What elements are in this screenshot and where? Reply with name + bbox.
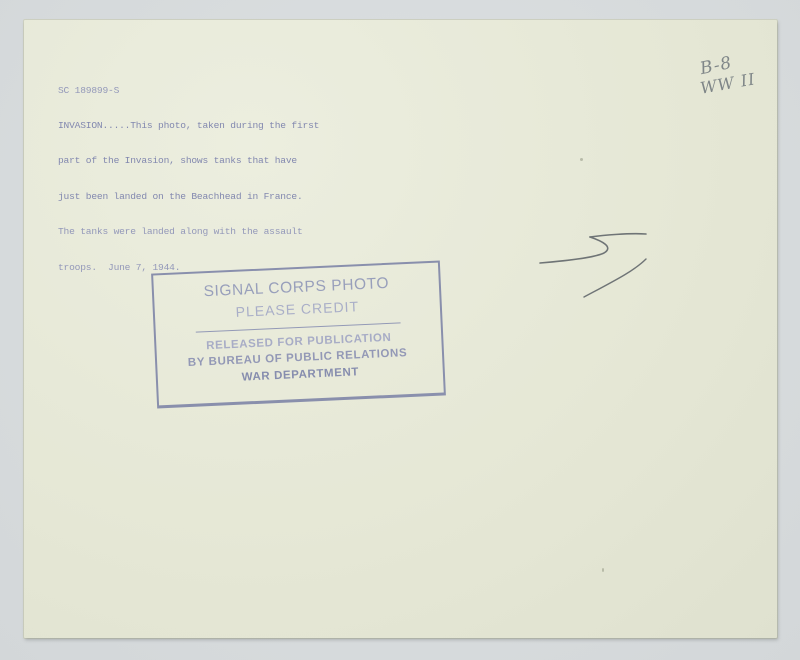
pencil-scribble-icon: [534, 225, 674, 315]
caption-line: The tanks were landed along with the ass…: [58, 226, 319, 238]
caption-line: part of the Invasion, shows tanks that h…: [58, 155, 319, 167]
caption-line: just been landed on the Beachhead in Fra…: [58, 191, 319, 203]
caption-line: INVASION.....This photo, taken during th…: [58, 120, 319, 132]
paper-speck: [580, 158, 583, 161]
handwritten-note: B-8 WW II: [696, 56, 766, 104]
paper-speck: [602, 568, 604, 572]
signal-corps-stamp: SIGNAL CORPS PHOTO PLEASE CREDIT RELEASE…: [151, 261, 446, 409]
typed-caption: SC 189899-S INVASION.....This photo, tak…: [58, 61, 319, 297]
photo-back-paper: SC 189899-S INVASION.....This photo, tak…: [24, 20, 777, 638]
stamp-divider: [196, 322, 401, 332]
caption-serial: SC 189899-S: [58, 85, 319, 97]
